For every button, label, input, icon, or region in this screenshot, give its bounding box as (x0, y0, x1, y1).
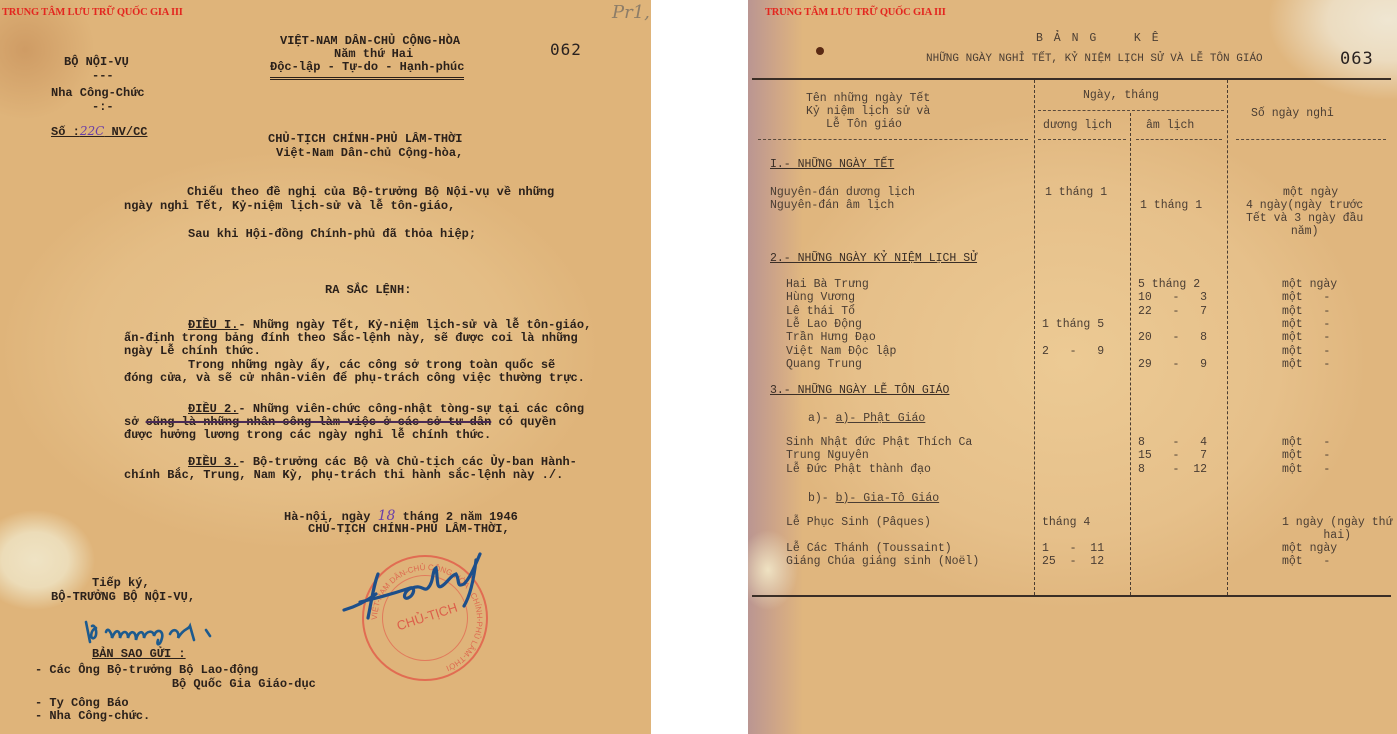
solar-date: 25 - 12 (1042, 555, 1104, 568)
copy-recipient: Bộ Quốc Gia Giáo-dục (35, 678, 316, 692)
lunar-date: 8 - 4 (1138, 436, 1207, 449)
article-text: Những viên-chức công-nhật tòng-sự tại cá… (253, 402, 584, 416)
section-title: 2.- NHỮNG NGÀY KỶ NIỆM LỊCH SỬ (770, 252, 977, 265)
holiday-name: Nguyên-đán âm lịch (770, 199, 894, 212)
column-divider (1034, 80, 1035, 595)
header-date-col: Ngày, tháng (1083, 89, 1159, 102)
header-divider (758, 139, 1028, 140)
days-off: một - (1282, 318, 1330, 331)
authority-country: Việt-Nam Dân-chủ Cộng-hòa, (276, 147, 463, 161)
article-text: Bộ-trưởng các Bộ và Chủ-tịch các Ủy-ban … (253, 455, 577, 469)
separator: --- (92, 70, 114, 84)
section-title-text: 2.- NHỮNG NGÀY KỶ NIỆM LỊCH SỬ (770, 252, 977, 265)
doc-number-stamp: 063 (1340, 49, 1374, 69)
lunar-date: 5 tháng 2 (1138, 278, 1200, 291)
lunar-date: 15 - 7 (1138, 449, 1207, 462)
days-off: một ngày (1283, 186, 1338, 199)
preamble-line: Sau khi Hội-đồng Chính-phủ đã thỏa hiệp; (188, 228, 476, 242)
copy-recipient: - Các Ông Bộ-trưởng Bộ Lao-động (35, 664, 258, 678)
header-solar-col: dương lịch (1043, 119, 1112, 132)
lunar-date: 22 - 7 (1138, 305, 1207, 318)
days-off: một - (1282, 291, 1330, 304)
header-days-col: Số ngày nghỉ (1251, 107, 1334, 120)
table-subtitle: NHỮNG NGÀY NGHỈ TẾT, KỶ NIỆM LỊCH SỬ VÀ … (926, 53, 1263, 66)
table-top-rule (752, 78, 1391, 80)
lunar-date: 1 tháng 1 (1140, 199, 1202, 212)
solar-date: 1 - 11 (1042, 542, 1104, 555)
holiday-name: Lễ Lao Động (786, 318, 862, 331)
header-name-col: Kỷ niệm lịch sử và (806, 105, 930, 118)
holiday-table-page: TRUNG TÂM LƯU TRỮ QUỐC GIA III B Ả N G K… (748, 0, 1397, 734)
solar-date: 1 tháng 1 (1045, 186, 1107, 199)
subsection-title: a)- a)- Phật Giáo (808, 412, 925, 425)
days-off: một - (1282, 305, 1330, 318)
copy-recipient: - Nha Công-chức. (35, 710, 150, 724)
days-off: một ngày (1282, 542, 1337, 555)
section-title: I.- NHỮNG NGÀY TẾT (770, 158, 894, 171)
lunar-date: 29 - 9 (1138, 358, 1207, 371)
days-off: một - (1282, 555, 1330, 568)
table-title: B Ả N G K Ê (1036, 32, 1161, 45)
holiday-name: Quang Trung (786, 358, 862, 371)
number-suffix: NV/CC (104, 125, 147, 139)
archive-label: TRUNG TÂM LƯU TRỮ QUỐC GIA III (2, 7, 183, 18)
header-lunar-col: âm lịch (1146, 119, 1194, 132)
holiday-name: Hùng Vương (786, 291, 855, 304)
text-start: sở (124, 415, 146, 429)
solar-date: 1 tháng 5 (1042, 318, 1104, 331)
holiday-name: Lê thái Tổ (786, 305, 855, 318)
header-name-col: Lễ Tôn giáo (826, 118, 902, 131)
motto: Độc-lập - Tự-do - Hạnh-phúc (270, 61, 464, 80)
signer-title: CHỦ-TỊCH CHÍNH-PHỦ LÂM-THỜI, (308, 523, 510, 537)
separator: -:- (92, 101, 114, 115)
days-off: một ngày (1282, 278, 1337, 291)
subsection-title-text: b)- Gia-Tô Giáo (836, 492, 940, 505)
copies-heading: BẢN SAO GỬI : (92, 648, 186, 662)
number-prefix: Số : (51, 125, 80, 139)
article-label: ĐIỀU 3. (188, 455, 238, 469)
solar-date: tháng 4 (1042, 516, 1090, 529)
pencil-mark: Pr1, (612, 2, 650, 23)
article-text: được hưởng lương trong các ngày nghỉ lễ … (124, 429, 491, 443)
department-name: Nha Công-Chức (51, 87, 145, 101)
holiday-name: Lễ Các Thánh (Toussaint) (786, 542, 952, 555)
holiday-name: Trung Nguyên (786, 449, 869, 462)
article-label: ĐIỀU I. (188, 318, 238, 332)
document-number: Số :22C NV/CC (51, 125, 147, 140)
subsection-title-text: a)- Phật Giáo (836, 412, 926, 425)
section-title-text: 3.- NHỮNG NGÀY LỄ TÔN GIÁO (770, 384, 949, 397)
struck-text: cũng là những nhân công làm việc ở các s… (146, 415, 492, 429)
preamble-line: ngày nghỉ Tết, Kỷ-niệm lịch-sử và lễ tôn… (124, 200, 455, 214)
article-text: đóng cửa, và sẽ cử nhân-viên để phụ-trác… (124, 372, 585, 386)
days-off: một - (1282, 463, 1330, 476)
days-off: một - (1282, 331, 1330, 344)
holiday-name: Giáng Chúa giáng sinh (Noël) (786, 555, 979, 568)
lunar-date: 8 - 12 (1138, 463, 1207, 476)
header-divider (1038, 110, 1224, 111)
days-off: một - (1282, 436, 1330, 449)
preamble-line: Chiếu theo đề nghị của Bộ-trưởng Bộ Nội-… (187, 186, 554, 200)
header-divider (1236, 139, 1386, 140)
article-text: ngày Lễ chính thức. (124, 345, 261, 359)
decree-heading: RA SẮC LỆNH: (325, 284, 411, 298)
decree-page: TRUNG TÂM LƯU TRỮ QUỐC GIA III Pr1, 062 … (0, 0, 651, 734)
section-title-text: I.- NHỮNG NGÀY TẾT (770, 158, 894, 171)
section-title: 3.- NHỮNG NGÀY LỄ TÔN GIÁO (770, 384, 949, 397)
header-divider (1038, 139, 1126, 140)
text-end: có quyền (491, 415, 556, 429)
countersign-title: BỘ-TRƯỞNG BỘ NỘI-VỤ, (51, 591, 195, 605)
countersign-label: Tiếp ký, (92, 577, 150, 591)
archive-label: TRUNG TÂM LƯU TRỮ QUỐC GIA III (765, 7, 946, 18)
handwritten-number: 22C (80, 124, 104, 138)
solar-date: 2 - 9 (1042, 345, 1104, 358)
holiday-name: Hai Bà Trưng (786, 278, 869, 291)
ink-spot (816, 47, 824, 55)
table-bottom-rule (752, 595, 1391, 597)
days-off: 1 ngày (ngày thứ hai) (1282, 516, 1392, 542)
lunar-date: 20 - 8 (1138, 331, 1207, 344)
days-off: một - (1282, 449, 1330, 462)
days-off: 4 ngày(ngày trước Tết và 3 ngày đầu năm) (1246, 199, 1363, 238)
days-off: một - (1282, 358, 1330, 371)
header-name-col: Tên những ngày Tết (806, 92, 930, 105)
lunar-date: 10 - 3 (1138, 291, 1207, 304)
holiday-name: Trần Hưng Đạo (786, 331, 876, 344)
article-text: chính Bắc, Trung, Nam Kỳ, phụ-trách thi … (124, 469, 563, 483)
holiday-name: Lễ Phục Sinh (Pâques) (786, 516, 931, 529)
column-divider (1130, 113, 1131, 595)
doc-number-stamp: 062 (550, 40, 582, 59)
ministry-name: BỘ NỘI-VỤ (64, 56, 129, 70)
days-off: một - (1282, 345, 1330, 358)
holiday-name: Việt Nam Độc lập (786, 345, 896, 358)
article-text: Những ngày Tết, Kỷ-niệm lịch-sử và lễ tô… (253, 318, 591, 332)
holiday-name: Sinh Nhật đức Phật Thích Ca (786, 436, 972, 449)
subsection-title: b)- b)- Gia-Tô Giáo (808, 492, 939, 505)
article-label: ĐIỀU 2. (188, 402, 238, 416)
holiday-name: Lễ Đức Phật thành đạo (786, 463, 931, 476)
holiday-name: Nguyên-đán dương lịch (770, 186, 915, 199)
authority-title: CHỦ-TỊCH CHÍNH-PHỦ LÂM-THỜI (268, 133, 462, 147)
minister-signature-icon (82, 612, 222, 648)
header-divider (1136, 139, 1222, 140)
column-divider (1227, 80, 1228, 595)
president-signature-icon (338, 548, 488, 628)
